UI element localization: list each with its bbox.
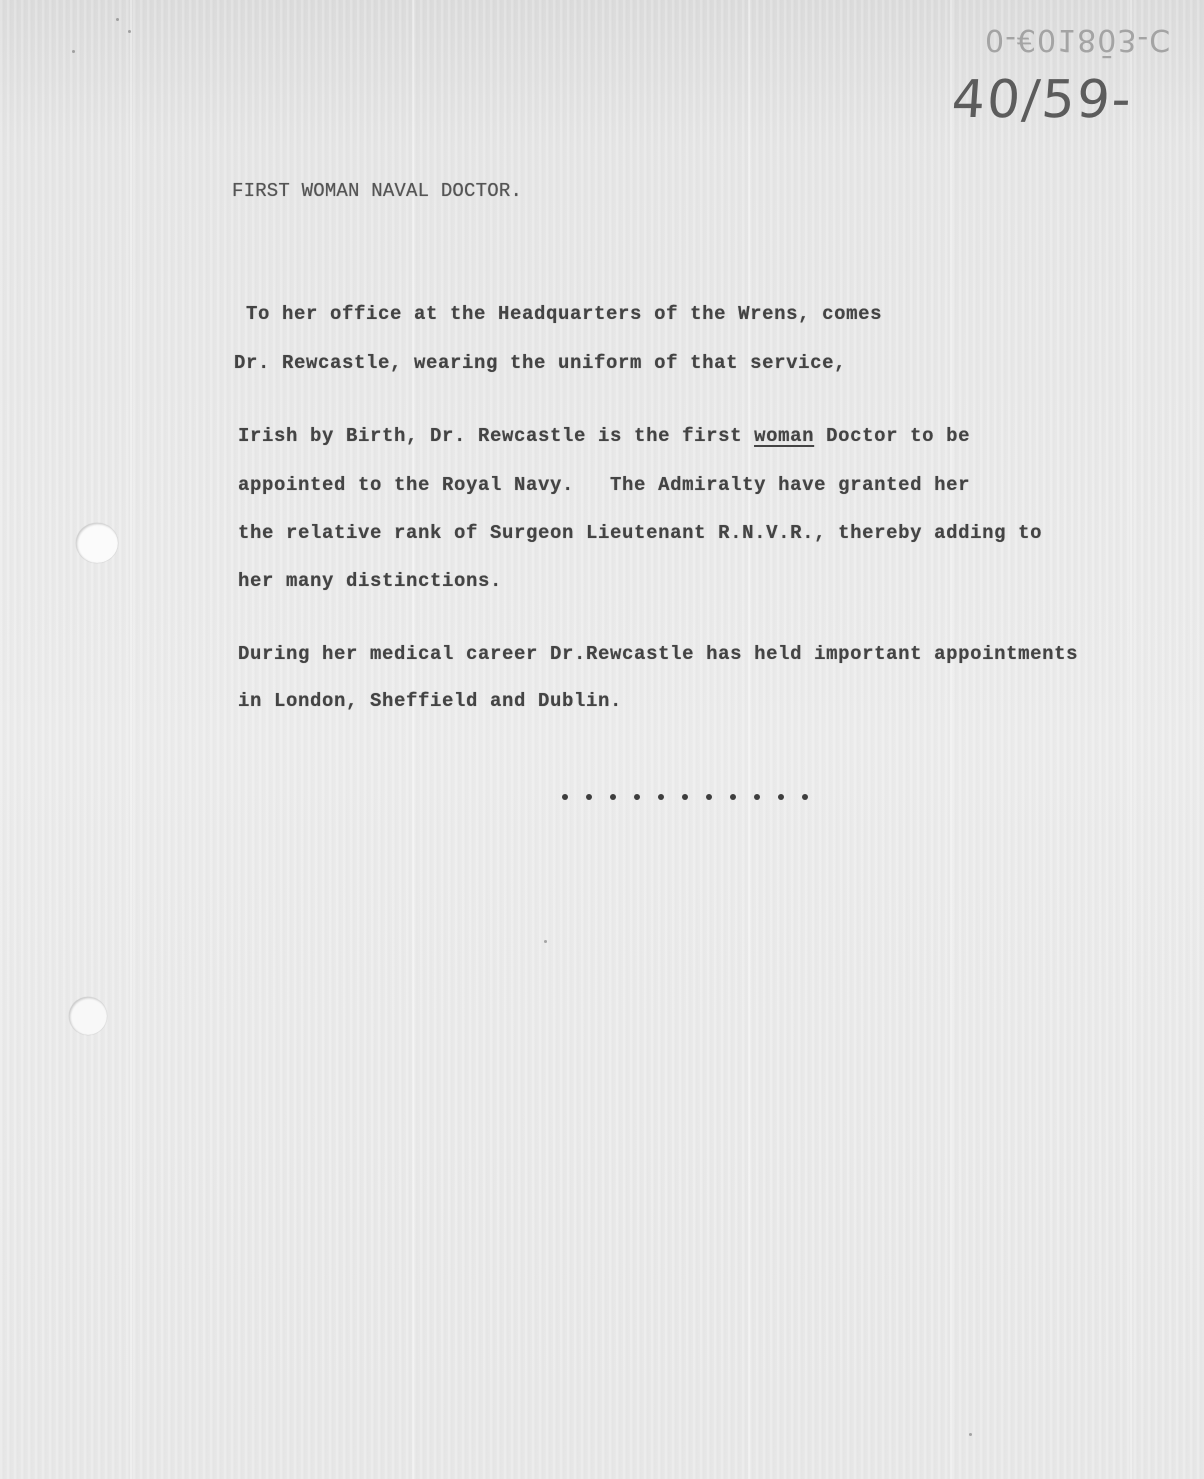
punch-hole-upper — [76, 523, 118, 563]
scan-streak — [1130, 0, 1132, 1479]
text-segment: Doctor to be — [814, 425, 970, 447]
paragraph-3-line-2: in London, Sheffield and Dublin. — [238, 690, 622, 712]
scan-streak — [412, 0, 414, 1479]
end-marker-dot — [682, 794, 688, 800]
paragraph-3-line-1: During her medical career Dr.Rewcastle h… — [238, 643, 1078, 665]
end-marker-dot — [610, 794, 616, 800]
end-marker-dot — [658, 794, 664, 800]
speck — [72, 50, 75, 53]
end-marker-dot — [586, 794, 592, 800]
end-marker-dot — [730, 794, 736, 800]
archive-ref-handwritten: 40/59- — [950, 70, 1135, 130]
scan-streak — [748, 0, 750, 1479]
paragraph-2-line-2: appointed to the Royal Navy. The Admiral… — [238, 474, 970, 496]
end-marker-dot — [778, 794, 784, 800]
speck — [116, 18, 119, 21]
paragraph-2-line-4: her many distinctions. — [238, 570, 502, 592]
scanned-document-page: 0-€0180̄3-C 40/59- FIRST WOMAN NAVAL DOC… — [0, 0, 1204, 1479]
paragraph-2-line-3: the relative rank of Surgeon Lieutenant … — [238, 522, 1042, 544]
speck — [544, 940, 547, 943]
text-segment: Irish by Birth, Dr. Rewcastle is the fir… — [238, 425, 754, 447]
end-marker-dot — [754, 794, 760, 800]
scan-streak — [950, 0, 952, 1479]
speck — [128, 30, 131, 33]
end-marker-dot — [562, 794, 568, 800]
end-marker-dot — [634, 794, 640, 800]
scan-streak — [130, 0, 132, 1479]
end-marker-dot — [802, 794, 808, 800]
document-title: FIRST WOMAN NAVAL DOCTOR. — [232, 180, 522, 202]
paragraph-1-line-2: Dr. Rewcastle, wearing the uniform of th… — [234, 352, 846, 374]
paragraph-1-line-1: To her office at the Headquarters of the… — [234, 303, 882, 325]
speck — [969, 1433, 972, 1436]
end-marker-dots — [562, 794, 826, 800]
paragraph-2-line-1: Irish by Birth, Dr. Rewcastle is the fir… — [238, 425, 970, 447]
underlined-word: woman — [754, 425, 814, 447]
punch-hole-lower — [69, 997, 107, 1035]
archive-ref-bleedthrough: 0-€0180̄3-C — [985, 22, 1171, 57]
end-marker-dot — [706, 794, 712, 800]
